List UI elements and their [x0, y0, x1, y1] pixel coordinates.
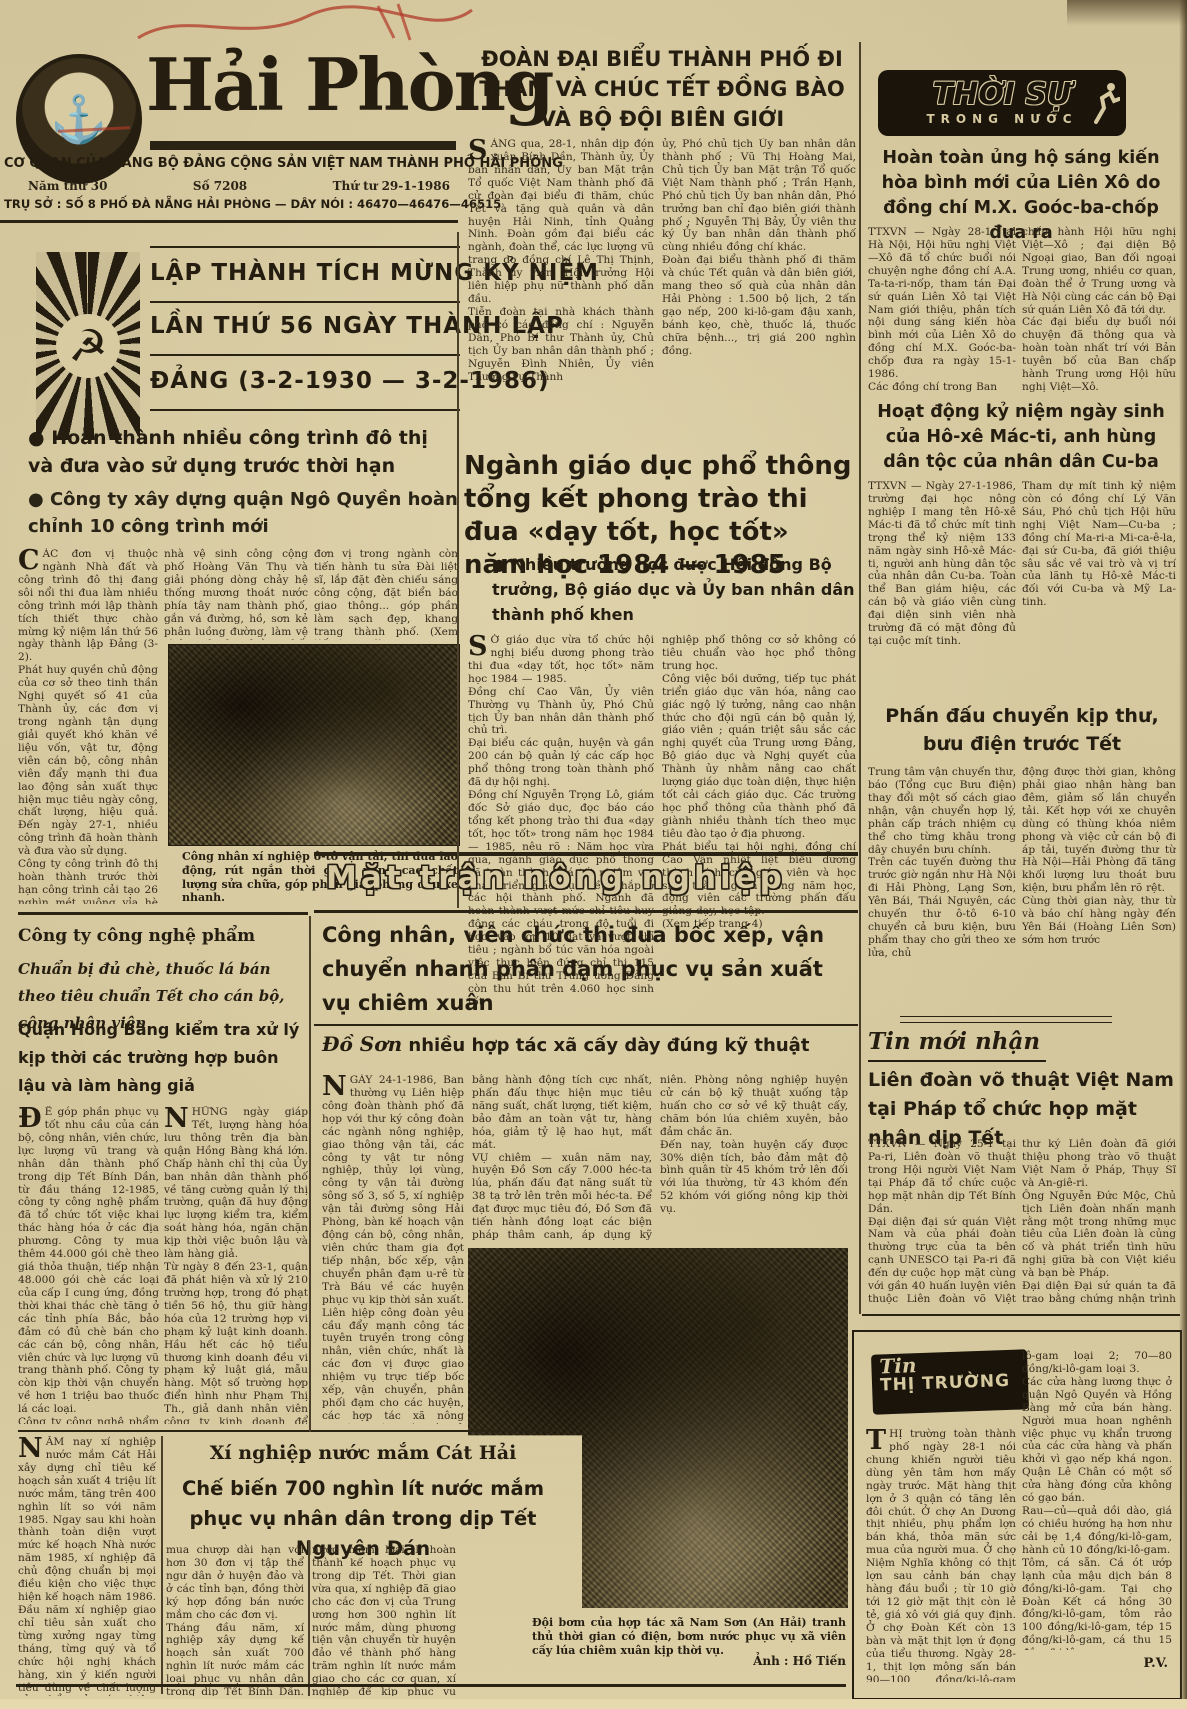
gorbachev-body-col2: chấp hành Hội hữu nghị Việt—Xô ; đại diệ… [1022, 226, 1176, 392]
anniversary-headline-line2: LẦN THỨ 56 NGÀY THÀNH LẬP [150, 301, 460, 356]
visit-body-col2: ủy, Phó chủ tịch Ủy ban nhân dân thành p… [662, 138, 856, 444]
party-emblem-hammer-sickle-icon: ☭ [36, 252, 140, 440]
commerce-top-rule [18, 912, 308, 915]
market-byline: P.V. [1098, 1656, 1168, 1674]
hammer-sickle-glyph: ☭ [56, 314, 120, 378]
post-body-col2: động được thời gian, không phải giao nhậ… [1022, 766, 1176, 1012]
commerce-headline-1: Chuẩn bị đủ chè, thuốc lá bán theo tiêu … [18, 956, 310, 1012]
market-logo-line2: THỊ TRƯỜNG [880, 1371, 1021, 1396]
scan-edge-right [1179, 0, 1187, 1709]
anniversary-body-col1: CÁC đơn vị thuộc ngành Nhà đất và công t… [18, 548, 158, 904]
thoisu-banner-line2: TRONG NƯỚC [926, 112, 1077, 126]
runner-icon [1092, 80, 1120, 126]
newspaper-page: ⚓ Hải Phòng CƠ QUAN CỦA ĐẢNG BỘ ĐẢNG CỘN… [0, 0, 1187, 1709]
gorbachev-article-title: Hoàn toàn ủng hộ sáng kiến hòa bình mới … [866, 146, 1176, 220]
post-article-title: Phấn đấu chuyển kịp thư, bưu điện trước … [884, 702, 1160, 760]
page-bottom-rule [16, 1684, 846, 1687]
fresh-news-body-col2: thư ký Liên đoàn đã giới thiệu phong trà… [1022, 1138, 1176, 1306]
market-logo: Tin THỊ TRƯỜNG [871, 1349, 1029, 1414]
agriculture-body-col2: bằng hành động tích cực nhất, phấn đấu t… [472, 1074, 652, 1240]
agriculture-subheadline-lead: Đồ Sơn [322, 1032, 402, 1056]
workers-photo [168, 644, 460, 846]
pump-team-photo [468, 1248, 848, 1608]
divider-left-mid-top [457, 232, 459, 908]
masthead-info-row: Năm thứ 30 Số 7208 Thứ tư 29-1-1986 [6, 179, 456, 195]
agriculture-subheadline-rest: nhiều hợp tác xã cấy dày đúng kỹ thuật [402, 1035, 809, 1056]
market-body-col2: lô-gam loại 2; 70—80 đồng/ki-lô-gam loại… [1022, 1350, 1172, 1650]
marti-body-col1: TTXVN — Ngày 27-1-1986, trường đại học n… [868, 480, 1016, 652]
divider-mid-right [859, 42, 861, 1314]
anniversary-bullet-2: ● Công ty xây dựng quận Ngô Quyền hoàn c… [28, 486, 458, 540]
market-body-col1: THỊ trường toàn thành phố ngày 28-1 nói … [866, 1428, 1016, 1682]
anniversary-body-col3: đơn vị trong ngành còn tiến hành tu sửa … [314, 548, 458, 640]
commerce-body-col1: ĐỂ góp phần phục vụ tốt nhu cầu của cán … [18, 1106, 159, 1424]
anniversary-headline-line3: ĐẢNG (3-2-1930 — 3-2-1986) [150, 356, 460, 411]
fishsauce-title: Chế biến 700 nghìn lít nước mắm phục vụ … [166, 1474, 560, 1536]
scan-band-bottom [0, 1699, 1187, 1709]
fresh-news-title: Liên đoàn võ thuật Việt Nam tại Pháp tổ … [868, 1066, 1178, 1128]
agriculture-body-col1: NGÀY 24-1-1986, Ban thường vụ Liên hiệp … [322, 1074, 464, 1424]
masthead-underline [150, 141, 456, 150]
education-article-title: Ngành giáo dục phổ thông tổng kết phong … [464, 450, 860, 548]
pump-photo-credit: Ảnh : Hồ Tiến [736, 1654, 846, 1672]
visit-body-col1: SÁNG qua, 28-1, nhân dịp đón xuân Bính D… [468, 138, 654, 444]
gorbachev-body-col1: TTXVN — Ngày 28-1, tại Hà Nội, Hội hữu n… [868, 226, 1016, 392]
agriculture-section-title: Mặt trận nông nghiệp [326, 860, 858, 906]
masthead-year: Năm thứ 30 [28, 179, 108, 195]
commerce-body-col2: NHỮNG ngày giáp Tết, lượng hàng hóa lưu … [164, 1106, 308, 1424]
visit-article-title: ĐOÀN ĐẠI BIỂU THÀNH PHỐ ĐI THĂM VÀ CHÚC … [464, 44, 860, 134]
fishsauce-top-rule [18, 1430, 560, 1432]
agriculture-title-rule [314, 910, 858, 913]
agriculture-body-col3: niên. Phòng nông nghiệp huyện cử cán bộ … [660, 1074, 848, 1240]
fresh-news-double-rule [900, 1016, 1112, 1023]
post-body-col1: Trung tâm vận chuyển thư, báo (Tổng cục … [868, 766, 1016, 1012]
organ-line: CƠ QUAN CỦA ĐẢNG BỘ ĐẢNG CỘNG SẢN VIỆT N… [4, 156, 458, 176]
thoisu-banner: THỜI SỰ TRONG NƯỚC [880, 72, 1124, 134]
fresh-news-kicker: Tin mới nhận [868, 1028, 1046, 1062]
divider-left-mid-bottom [309, 916, 311, 1432]
fresh-news-bottom-rule [862, 1314, 1180, 1316]
red-pen-marks [130, 0, 480, 60]
agriculture-subhead-rule [314, 1024, 858, 1026]
anniversary-bullet-1: ● Hoàn thành nhiều công trình đô thị và … [28, 424, 458, 480]
masthead-bottom-rule [0, 220, 458, 223]
agriculture-headline: Công nhân, viên chức thi đua bốc xếp, vậ… [322, 918, 854, 990]
anniversary-headline-line1: LẬP THÀNH TÍCH MỪNG KỶ NIỆM [150, 246, 460, 303]
fishsauce-body-col1: NĂM nay xí nghiệp nước mắm Cát Hải xây d… [18, 1436, 156, 1696]
commerce-headline-2: Quận Hồng Bàng kiểm tra xử lý kịp thời c… [18, 1016, 310, 1100]
fishsauce-body-col3: nước mắm loại I hoàn thành kế hoạch phục… [312, 1544, 456, 1696]
agriculture-top-rule [314, 852, 858, 856]
divider-fishsauce-col1 [161, 1436, 163, 1694]
education-bullet: ● Nhiều trường học được Hội đồng Bộ trưở… [492, 552, 856, 628]
masthead-issue: Số 7208 [193, 179, 247, 195]
fishsauce-kicker: Xí nghiệp nước mắm Cát Hải [170, 1442, 556, 1472]
masthead-date: Thứ tư 29-1-1986 [333, 179, 450, 195]
divider-fishsauce-col2 [308, 1540, 310, 1696]
masthead-address: TRỤ SỞ : SỐ 8 PHỐ ĐÀ NẴNG HẢI PHÒNG — DÂ… [4, 197, 456, 215]
fishsauce-body-col2: mua chượp dài hạn với hơn 30 đơn vị tập … [166, 1544, 304, 1696]
commerce-kicker: Công ty công nghệ phẩm [18, 926, 308, 952]
anniversary-body-col2: nhà vệ sinh công cộng phố Hoàng Văn Thụ … [164, 548, 308, 640]
scan-corner-top-right [1067, 0, 1187, 26]
fresh-news-body-col1: TTXVN — Ngày 25-1 tại Pa-ri, Liên đoàn v… [868, 1138, 1016, 1306]
thoisu-banner-line1: THỜI SỰ [933, 80, 1072, 110]
marti-article-title: Hoạt động kỷ niệm ngày sinh của Hô-xê Má… [866, 400, 1176, 474]
marti-body-col2: Tham dự mít tinh kỷ niệm còn có đồng chí… [1022, 480, 1176, 652]
agriculture-subheadline: Đồ Sơn nhiều hợp tác xã cấy dày đúng kỹ … [322, 1032, 854, 1062]
